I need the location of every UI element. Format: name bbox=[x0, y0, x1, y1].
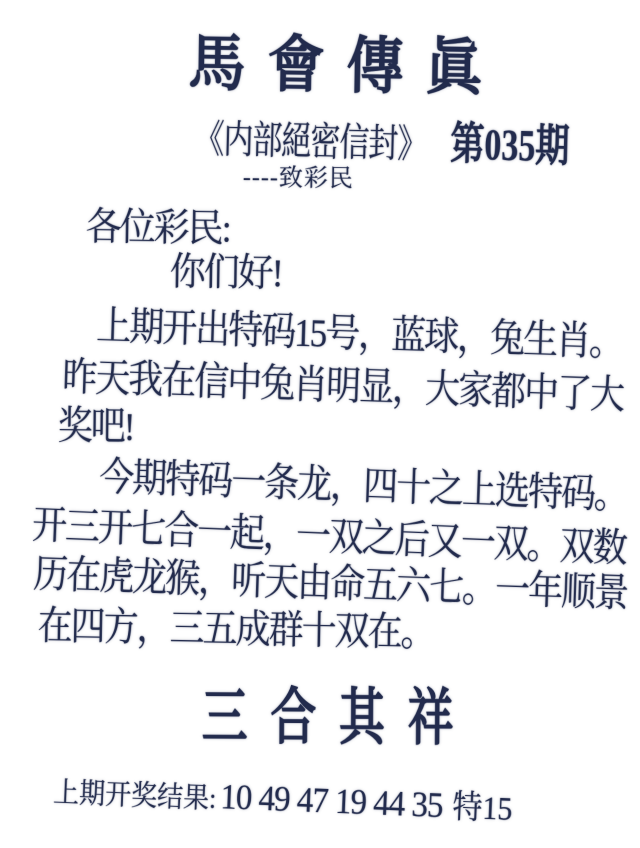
results-label: 上期开奖结果: bbox=[53, 776, 217, 814]
page-title: 馬會傳眞 bbox=[188, 33, 505, 100]
issue-number: 第035期 bbox=[450, 121, 570, 172]
subtitle-line: 《内部絕密信封》第035期 bbox=[194, 117, 570, 170]
letter-line: 今期特码一条龙，四十之上选特码。 bbox=[99, 457, 628, 515]
fax-document-page: 馬會傳眞 《内部絕密信封》第035期 ----致彩民 各位彩民: 你们好! 上期… bbox=[0, 0, 640, 848]
letter-line: 在四方，三五成群十双在。 bbox=[37, 606, 434, 652]
results-numbers: 10 49 47 19 44 35 bbox=[220, 778, 444, 826]
subtitle-envelope-label: 《内部絕密信封》 bbox=[194, 118, 427, 167]
previous-results-line: 上期开奖结果:10 49 47 19 44 35特15 bbox=[53, 773, 514, 828]
results-special-number: 特15 bbox=[452, 789, 513, 828]
letter-line: 奖吧! bbox=[58, 406, 134, 446]
greeting-line: 你们好! bbox=[169, 252, 282, 292]
salutation-line: 各位彩民: bbox=[85, 207, 230, 248]
dedication-line: ----致彩民 bbox=[243, 166, 354, 191]
letter-line: 上期开出特码15号，蓝球，兔生肖。 bbox=[96, 306, 623, 362]
slogan-text: 三合其祥 bbox=[202, 688, 477, 751]
letter-line: 昨天我在信中兔肖明显，大家都中了大 bbox=[62, 357, 624, 415]
